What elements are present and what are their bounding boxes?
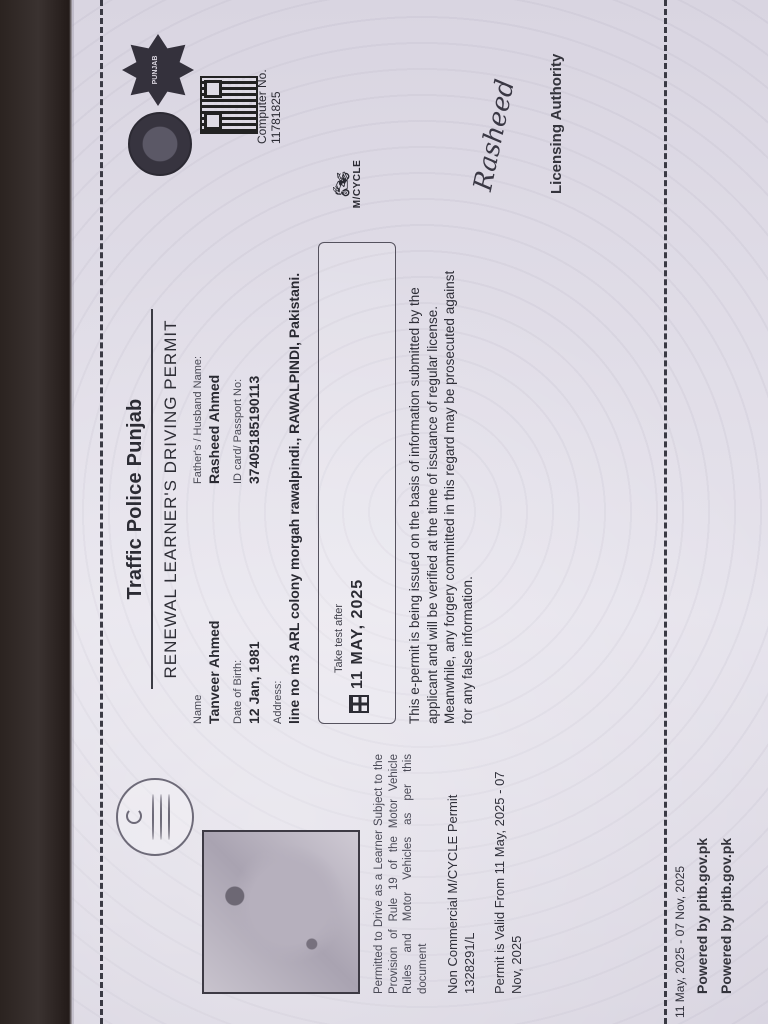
cut-line-bottom (664, 0, 667, 1024)
father-name-value: Rasheed Ahmed (206, 356, 222, 484)
motorcycle-icon: 🏍︎ (332, 124, 352, 244)
document-title: RENEWAL LEARNER'S DRIVING PERMIT (161, 264, 181, 734)
signature: Rasheed (468, 70, 542, 198)
permit-number: 1328291/L (462, 754, 479, 994)
vehicle-category-label: M/CYCLE (352, 124, 363, 244)
document-header: Traffic Police Punjab RENEWAL LEARNER'S … (124, 264, 181, 734)
computer-number-label: Computer No. (256, 24, 270, 144)
legal-text: Permitted to Drive as a Learner Subject … (372, 754, 431, 994)
signatory-title: Licensing Authority (548, 54, 565, 194)
name-value: Tanveer Ahmed (206, 621, 222, 724)
wave-icon (168, 794, 170, 840)
badge-text: PUNJAB (152, 34, 159, 106)
id-card-label: ID card/ Passport No: (232, 376, 244, 484)
address-label: Address: (272, 164, 284, 724)
date-of-birth-field: Date of Birth: 12 Jan, 1981 (232, 641, 262, 724)
calendar-icon (349, 695, 369, 713)
paper-fold (72, 0, 74, 1024)
name-label: Name (192, 621, 204, 724)
address-value: line no m3 ARL colony morgah rawalpindi.… (286, 164, 302, 724)
organization-title: Traffic Police Punjab (124, 309, 153, 689)
wave-icon (152, 794, 154, 840)
dob-label: Date of Birth: (232, 641, 244, 724)
test-date: 11 MAY, 2025 (349, 579, 367, 689)
computer-number: Computer No. 11781825 (256, 24, 284, 144)
test-date-box: Take test after 11 MAY, 2025 (318, 242, 396, 724)
computer-number-value: 11781825 (270, 24, 284, 144)
permit-details: Permitted to Drive as a Learner Subject … (372, 754, 525, 994)
father-name-field: Father's / Husband Name: Rasheed Ahmed (192, 356, 222, 484)
powered-by: Powered by pitb.gov.pk (694, 838, 710, 994)
vehicle-category: 🏍︎ M/CYCLE (332, 124, 363, 244)
id-card-value: 37405185190113 (246, 376, 262, 484)
police-emblem-icon (128, 112, 192, 176)
driving-permit-document: Traffic Police Punjab RENEWAL LEARNER'S … (72, 0, 768, 1024)
duplicate-powered-by: Powered by pitb.gov.pk (718, 838, 734, 994)
duplicate-validity-fragment: 11 May, 2025 - 07 Nov, 2025 (674, 866, 687, 1018)
id-card-field: ID card/ Passport No: 37405185190113 (232, 376, 262, 484)
wave-icon (160, 794, 162, 840)
test-label: Take test after (333, 604, 345, 673)
permit-validity: Permit is Valid From 11 May, 2025 - 07 N… (492, 754, 525, 994)
cut-line-top (100, 0, 103, 1024)
crescent-icon (126, 808, 142, 824)
permit-type: Non Commercial M/CYCLE Permit (445, 754, 462, 994)
applicant-photo (202, 830, 360, 994)
name-field: Name Tanveer Ahmed (192, 621, 222, 724)
qr-code (200, 76, 258, 134)
dob-value: 12 Jan, 1981 (246, 641, 262, 724)
punjab-government-logo (116, 778, 194, 856)
address-field: Address: line no m3 ARL colony morgah ra… (272, 164, 302, 724)
disclaimer-text: This e-permit is being issued on the bas… (406, 254, 476, 724)
father-name-label: Father's / Husband Name: (192, 356, 204, 484)
